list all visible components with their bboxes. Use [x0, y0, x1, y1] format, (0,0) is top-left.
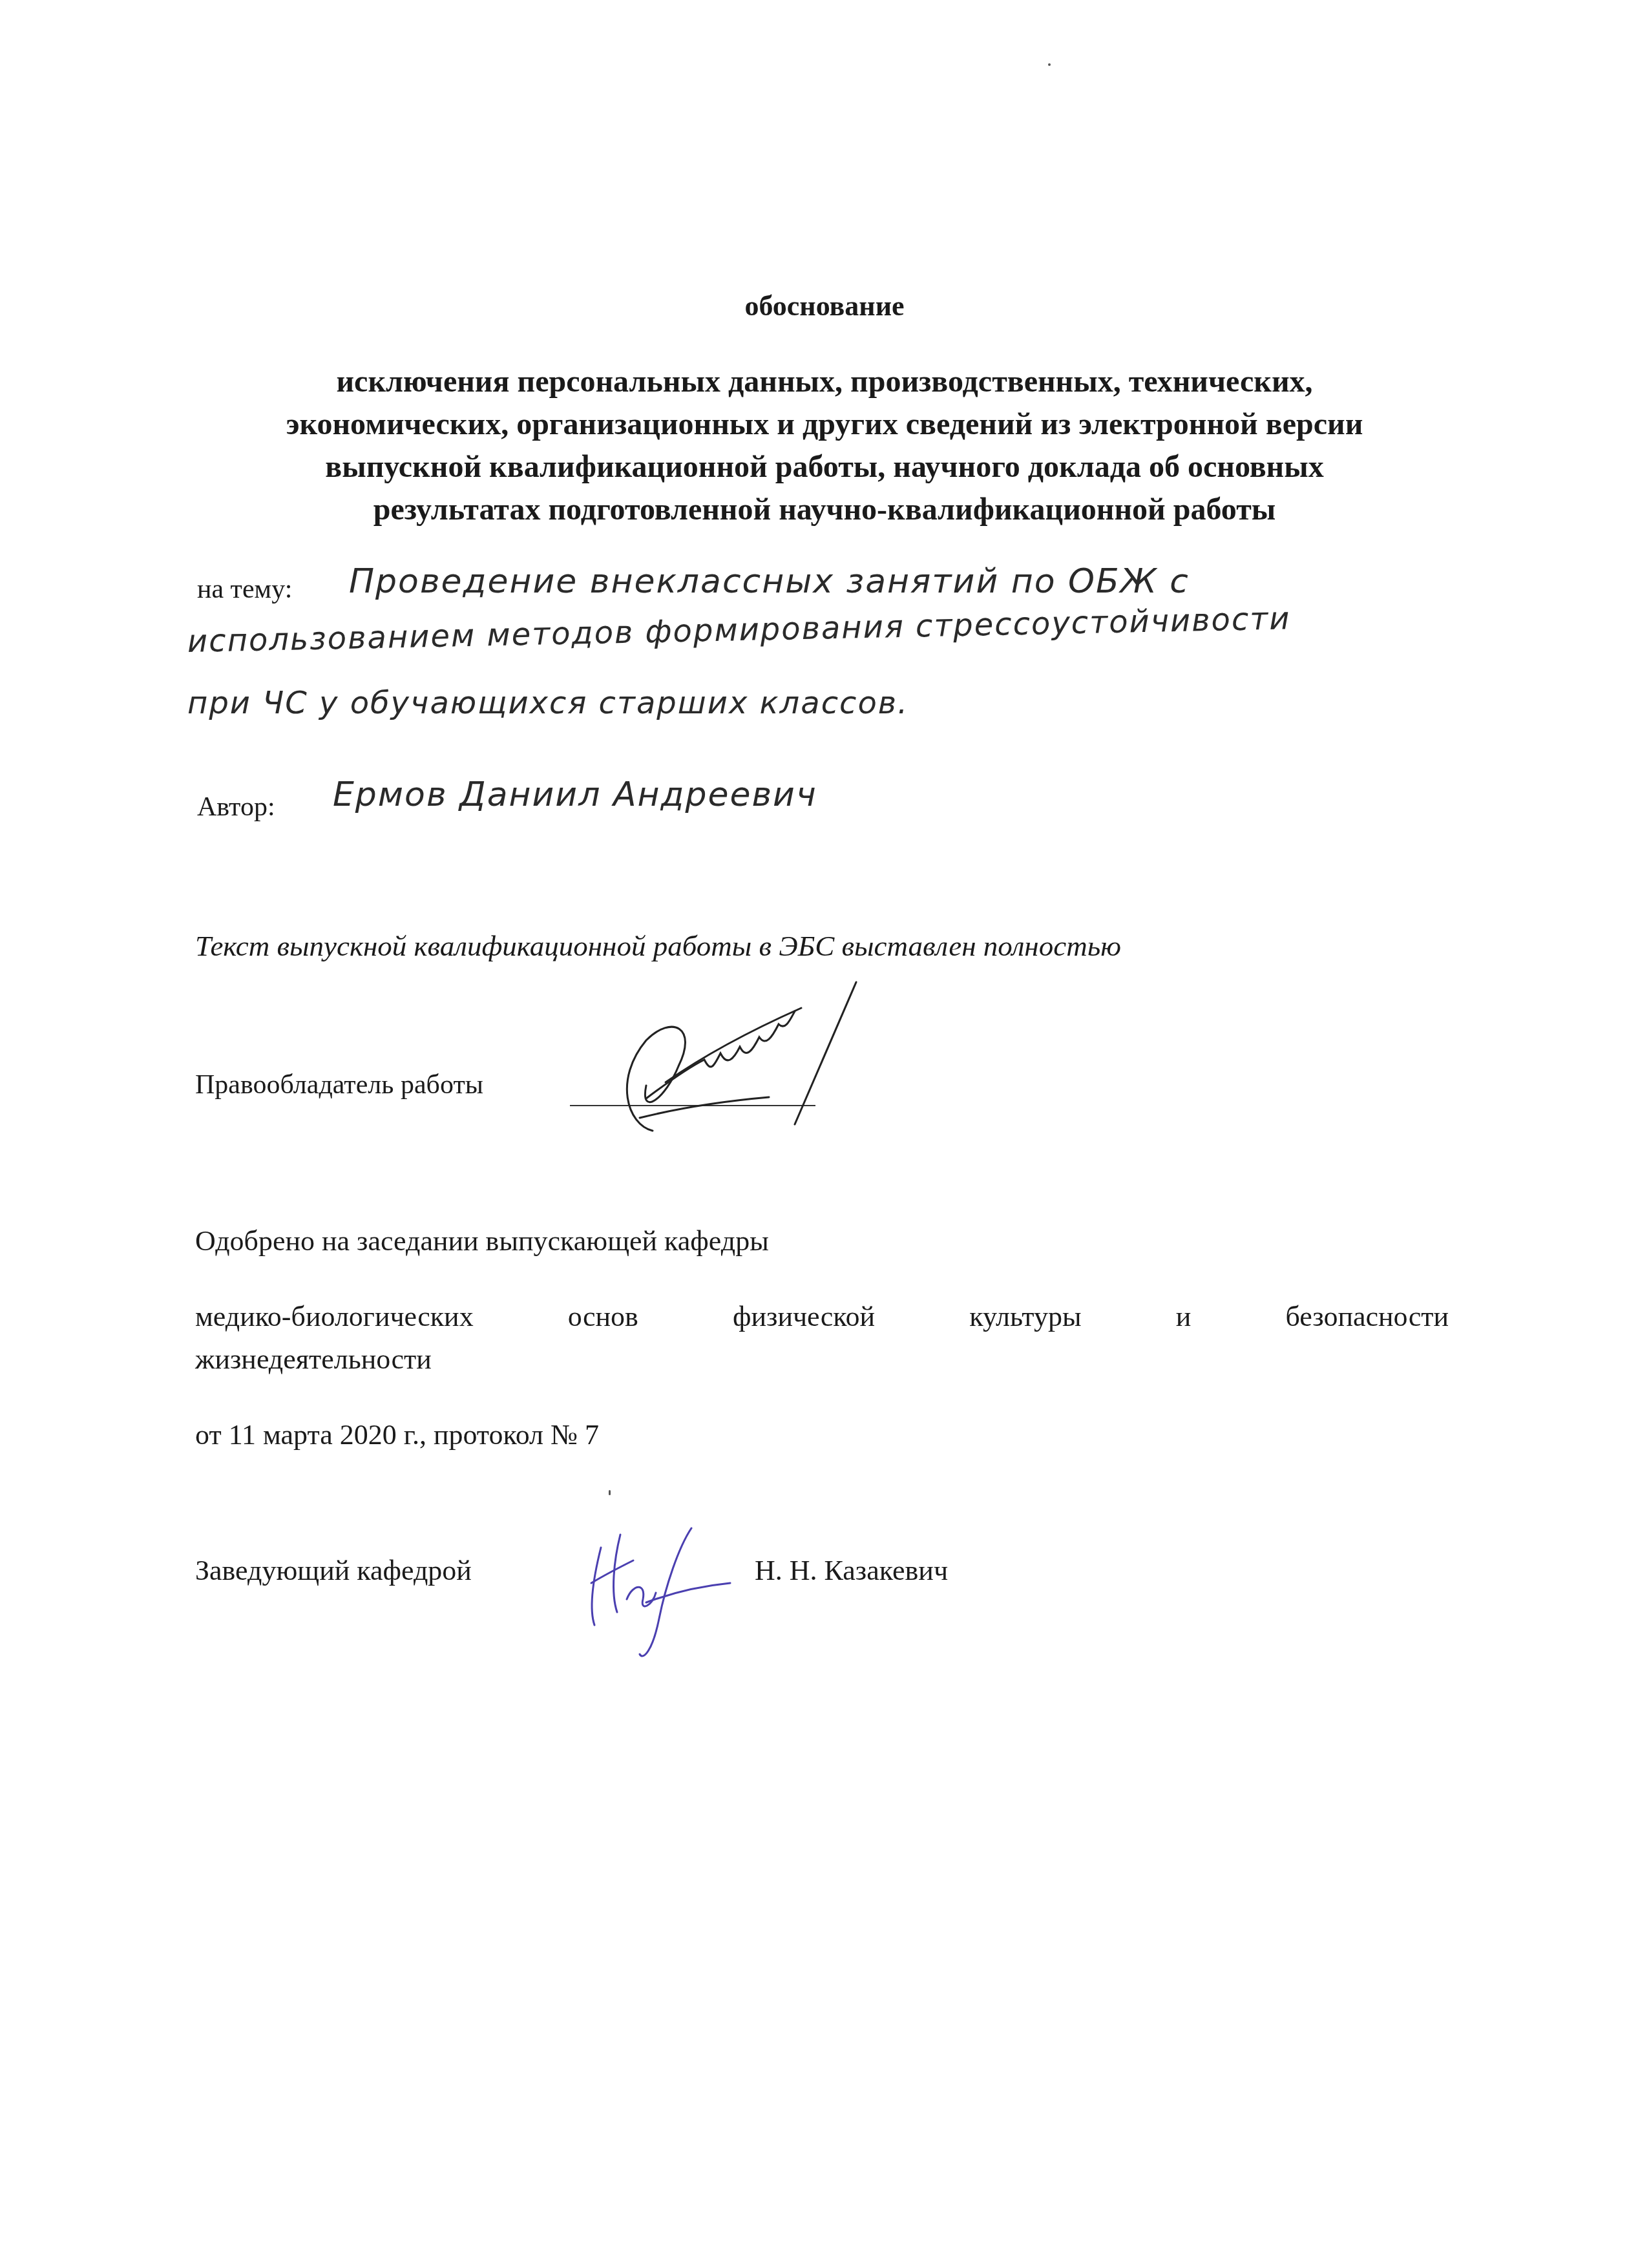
protocol-date: от 11 марта 2020 г., протокол № 7	[195, 1418, 599, 1451]
approval-line: Одобрено на заседании выпускающей кафедр…	[195, 1224, 769, 1257]
topic-handwritten-line: Проведение внеклассных занятий по ОБЖ с	[349, 562, 1190, 601]
topic-handwritten-line: при ЧС у обучающихся старших классов.	[187, 685, 909, 721]
department-word: и	[1176, 1300, 1192, 1333]
department-word: физической	[733, 1300, 875, 1333]
publication-statement: Текст выпускной квалификационной работы …	[195, 929, 1121, 963]
author-handwritten-name: Ермов Даниил Андреевич	[333, 775, 817, 814]
heading-line: исключения персональных данных, производ…	[0, 361, 1649, 403]
document-title: обоснование	[0, 289, 1649, 322]
heading-line: результатах подготовленной научно-квалиф…	[0, 488, 1649, 531]
topic-handwritten-line: использованием методов формирования стре…	[187, 600, 1291, 660]
head-label: Заведующий кафедрой	[195, 1554, 472, 1587]
rightsholder-label: Правообладатель работы	[195, 1069, 483, 1100]
scan-speck	[609, 1490, 611, 1495]
rightsholder-signature-icon	[601, 969, 872, 1150]
head-name: Н. Н. Казакевич	[755, 1554, 948, 1587]
heading-line: выпускной квалификационной работы, научн…	[0, 446, 1649, 488]
document-heading: исключения персональных данных, производ…	[0, 361, 1649, 531]
heading-line: экономических, организационных и других …	[0, 403, 1649, 446]
department-name-line: медико-биологических основ физической ку…	[195, 1300, 1449, 1333]
scan-speck	[1048, 63, 1051, 66]
department-word: медико-биологических	[195, 1300, 474, 1333]
author-label: Автор:	[197, 792, 275, 823]
department-name-continuation: жизнедеятельности	[195, 1343, 432, 1376]
department-word: культуры	[969, 1300, 1081, 1333]
department-word: основ	[568, 1300, 638, 1333]
department-word: безопасности	[1285, 1300, 1449, 1333]
topic-label: на тему:	[197, 574, 292, 605]
head-signature-icon	[582, 1522, 762, 1664]
